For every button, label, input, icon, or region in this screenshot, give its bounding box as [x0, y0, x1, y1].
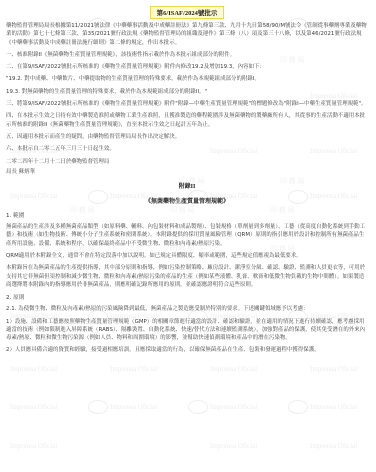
annex-title: 《無菌藥物生產質量管理規範》 [6, 196, 368, 205]
watermark-text: Imprensa Oficial [210, 403, 257, 411]
watermark-text: Imprensa Oficial [210, 442, 257, 450]
watermark-text: Imprensa Oficial [210, 365, 257, 373]
scope-paragraph-2: QRM適用於本附錄全文，通常不會在特定段落中加以說明。如已規定具體限度、頻率或範… [6, 252, 368, 260]
section-heading-scope: 1. 範圍 [6, 211, 368, 219]
watermark-text: Imprensa Oficial [10, 403, 57, 411]
clause-3: 三、將第9/ISAF/2022號批示所核准的《藥物生產質量管理規範》附件"附錄—… [6, 100, 368, 108]
clause-2-item-19-2: "19.2. 對中成藥、中藥飲片、中藥提取物的生產質量管理的特殊要求，載於作為本… [6, 75, 368, 83]
watermark-text: Imprensa Oficial [10, 442, 57, 450]
watermark-text: Imprensa Oficial [110, 365, 157, 373]
clause-2: 二、在第9/ISAF/2022號批示所核准的《藥物生產質量管理規範》附件內修改1… [6, 63, 368, 71]
principle-item-1: 1）設施、設備和工藝應按照藥物生產質量管理規範（GMP）的相關章節進行適當的設計… [6, 318, 368, 343]
preamble: 藥物監督管理局局長根據第11/2021號法律《中藥藥事活動及中成藥註冊法》第九條… [6, 22, 368, 47]
watermark-text: Imprensa Oficial [310, 403, 357, 411]
clause-1: 一、核准附錄II《無菌藥物生產質量管理規範》，該技術性指示載於作為本批示組成部分… [6, 51, 368, 59]
clause-4: 四、在本批示生效之日持有效中藥製造准照或藥物工業生產准照，且獲准製造的藥程範圍涉… [6, 112, 368, 129]
watermark-text: Imprensa Oficial [110, 403, 157, 411]
signature: 局長 蘇炳華 [6, 168, 368, 176]
date-line: 二零二四年十二月十二日於藥物監督管理局 [6, 158, 368, 166]
clause-6: 六、本批示自二零二五年三月三十日起生效。 [6, 145, 368, 153]
watermark-text: Imprensa Oficial [310, 365, 357, 373]
clause-2-item-19-3: 19.3. 對無菌藥物的生產質量管理的特殊要求，載於作為本規範組成部分的附錄II… [6, 88, 368, 96]
annex-label: 附錄II [6, 181, 368, 190]
watermark-seal-icon [188, 400, 208, 414]
document-page: 第6/ISAF/2024號批示 藥物監督管理局局長根據第11/2021號法律《中… [0, 0, 376, 355]
scope-paragraph-1: 無菌產品的生產涉及多種無菌產品類型（如原料藥、輔料、內包裝材料和成品製劑）、包裝… [6, 223, 368, 248]
section-heading-principles: 2. 原則 [6, 293, 368, 301]
clause-5: 五、因適用本批示而產生的疑問，由藥物監督管理局局長作出決定解決。 [6, 133, 368, 141]
watermark-text: Imprensa Oficial [310, 442, 357, 450]
principle-item-2: 2）人員應具備合適的資質和經驗，接受過相應培訓，且應採取適當的行為，以確保無菌產… [6, 346, 368, 354]
scope-paragraph-3: 本附錄旨在為無菌產品的生產提供指導，其中部分原則和指導，例如污染控制策略、廠房設… [6, 264, 368, 289]
watermark-seal-icon [88, 400, 108, 414]
principle-2-1: 2.1. 為使微生物、微粒及內毒素/熱原的污染風險降到最低，無菌產品之製造應受制… [6, 305, 368, 313]
watermark-seal-icon [288, 400, 308, 414]
watermark-text: Imprensa Oficial [10, 365, 57, 373]
dispatch-title: 第6/ISAF/2024號批示 [150, 6, 225, 19]
